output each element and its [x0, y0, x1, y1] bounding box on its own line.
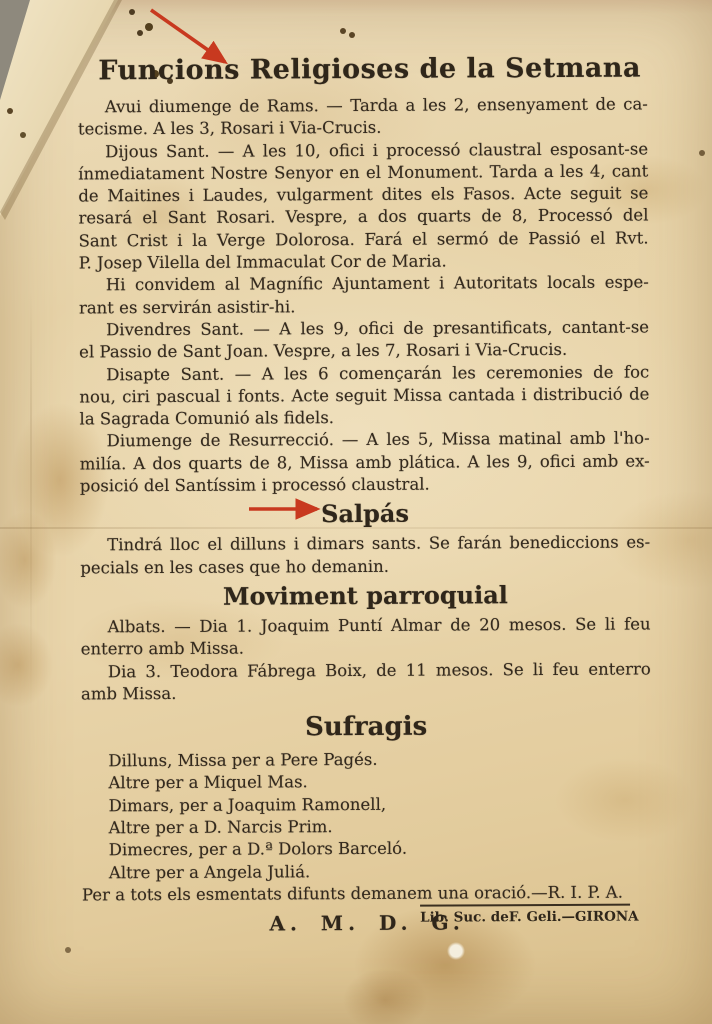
paragraph-divendres-sant: Divendres Sant. — A les 9, ofici de pres…	[79, 316, 649, 364]
text-line: Dimecres, per a D.ª Dolors Barceló.	[82, 837, 652, 862]
printer-imprint-text: Lib. Suc. deF. Geli.—GIRONA	[420, 909, 630, 926]
text-line: Avui diumenge de Rams. — Tarda a les 2, …	[78, 93, 648, 118]
paragraph-albats-dia1: Albats. — Dia 1. Joaquim Puntí Almar de …	[81, 613, 651, 661]
text-line: Tindrá lloc el dilluns i dimars sants. S…	[80, 532, 650, 557]
text-line: la Sagrada Comunió als fidels.	[79, 406, 649, 431]
text-column: Avui diumenge de Rams. — Tarda a les 2, …	[78, 93, 652, 935]
text-line: Hi convidem al Magnífic Ajuntament i Aut…	[79, 272, 649, 297]
text-line: posició del Santíssim i processó claustr…	[80, 473, 650, 498]
sufragis-list: Dilluns, Missa per a Pere Pagés.Altre pe…	[81, 748, 652, 885]
text-line: Divendres Sant. — A les 9, ofici de pres…	[79, 316, 649, 341]
scanned-leaflet-page: Funcions Religioses de la Setmana Avui d…	[0, 0, 712, 1024]
text-line: pecials en les cases que ho demanin.	[80, 554, 650, 579]
paragraph-convit-ajuntament: Hi convidem al Magnífic Ajuntament i Aut…	[79, 272, 649, 320]
printer-imprint-block: Lib. Suc. deF. Geli.—GIRONA	[420, 904, 630, 926]
document-content: Funcions Religioses de la Setmana Avui d…	[0, 0, 712, 1024]
text-line: enterro amb Missa.	[81, 636, 651, 661]
text-line: Albats. — Dia 1. Joaquim Puntí Almar de …	[81, 613, 651, 638]
document-title: Funcions Religioses de la Setmana	[90, 52, 650, 86]
text-line: Altre per a D. Narcis Prim.	[82, 814, 652, 839]
paragraph-disapte-sant: Disapte Sant. — A les 6 començarán les c…	[79, 361, 649, 431]
text-line: Disapte Sant. — A les 6 començarán les c…	[79, 361, 649, 386]
text-line: rant es servirán asistir-hi.	[79, 294, 649, 319]
text-line: Dia 3. Teodora Fábrega Boix, de 11 mesos…	[81, 658, 651, 683]
text-line: milía. A dos quarts de 8, Missa amb plát…	[80, 450, 650, 475]
section-heading-moviment-parroquial: Moviment parroquial	[80, 579, 650, 612]
paragraph-dijous-sant: Dijous Sant. — A les 10, ofici i process…	[78, 138, 649, 275]
text-line: ínmediatament Nostre Senyor en el Monume…	[78, 160, 648, 185]
text-line: Dimars, per a Joaquim Ramonell,	[81, 792, 651, 817]
text-line: Diumenge de Resurrecció. — A les 5, Miss…	[80, 428, 650, 453]
paragraph-albats-dia3: Dia 3. Teodora Fábrega Boix, de 11 mesos…	[81, 658, 651, 706]
text-line: Dilluns, Missa per a Pere Pagés.	[81, 748, 651, 773]
text-line: Dijous Sant. — A les 10, ofici i process…	[78, 138, 648, 163]
text-line: de Maitines i Laudes, vulgarment dites e…	[78, 183, 648, 208]
paragraph-rams: Avui diumenge de Rams. — Tarda a les 2, …	[78, 93, 648, 141]
closing-prayer-line: Per a tots els esmentats difunts demanem…	[82, 881, 652, 906]
section-heading-sufragis: Sufragis	[81, 711, 651, 744]
text-line: nou, ciri pascual i fonts. Acte seguit M…	[79, 383, 649, 408]
text-line: tecisme. A les 3, Rosari i Via-Crucis.	[78, 116, 648, 141]
text-line: el Passio de Sant Joan. Vespre, a les 7,…	[79, 339, 649, 364]
paragraph-diumenge-resurreccio: Diumenge de Resurrecció. — A les 5, Miss…	[80, 428, 650, 498]
text-line: Sant Crist i la Verge Dolorosa. Fará el …	[79, 227, 649, 252]
text-line: Altre per a Angela Juliá.	[82, 859, 652, 884]
paragraph-salpas: Tindrá lloc el dilluns i dimars sants. S…	[80, 532, 650, 580]
text-line: P. Josep Vilella del Immaculat Cor de Ma…	[79, 250, 649, 275]
text-line: resará el Sant Rosari. Vespre, a dos qua…	[78, 205, 648, 230]
text-line: Altre per a Miquel Mas.	[81, 770, 651, 795]
text-line: amb Missa.	[81, 680, 651, 705]
section-heading-salpas: Salpás	[80, 498, 650, 531]
